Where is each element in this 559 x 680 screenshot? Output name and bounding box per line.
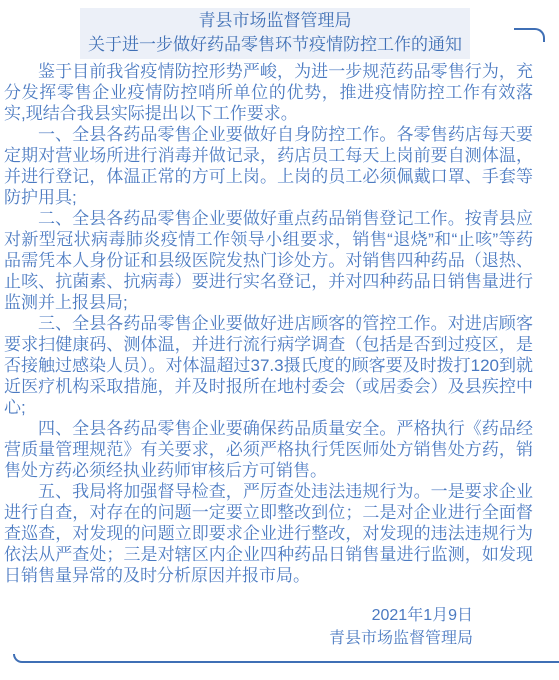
- paragraph-item-1: 一、全县各药品零售企业要做好自身防控工作。各零售药店每天要定期对营业场所进行消毒…: [4, 124, 533, 208]
- document-header: 青县市场监督管理局 关于进一步做好药品零售环节疫情防控工作的通知: [80, 8, 470, 59]
- document-title: 青县市场监督管理局: [80, 9, 470, 33]
- notice-body: 鉴于目前我省疫情防控形势严峻，为进一步规范药品零售行为，充分发挥零售企业疫情防控…: [4, 61, 533, 586]
- notice-date: 2021年1月9日: [329, 604, 473, 627]
- bottom-border-decoration: [13, 654, 559, 663]
- paragraph-intro: 鉴于目前我省疫情防控形势严峻，为进一步规范药品零售行为，充分发挥零售企业疫情防控…: [4, 61, 533, 124]
- paragraph-item-2: 二、全县各药品零售企业要做好重点药品销售登记工作。按青县应对新型冠状病毒肺炎疫情…: [4, 208, 533, 313]
- paragraph-item-5: 五、我局将加强督导检查，严厉查处违法违规行为。一是要求企业进行自查，对存在的问题…: [4, 481, 533, 586]
- top-right-border-decoration: [514, 28, 545, 42]
- paragraph-item-3: 三、全县各药品零售企业要做好进店顾客的管控工作。对进店顾客要求扫健康码、测体温，…: [4, 313, 533, 418]
- signature-block: 2021年1月9日 青县市场监督管理局: [329, 604, 473, 650]
- issuing-authority: 青县市场监督管理局: [329, 627, 473, 650]
- notice-document: 青县市场监督管理局 关于进一步做好药品零售环节疫情防控工作的通知 鉴于目前我省疫…: [0, 0, 559, 680]
- document-subtitle: 关于进一步做好药品零售环节疫情防控工作的通知: [80, 33, 470, 57]
- paragraph-item-4: 四、全县各药品零售企业要确保药品质量安全。严格执行《药品经营质量管理规范》有关要…: [4, 418, 533, 481]
